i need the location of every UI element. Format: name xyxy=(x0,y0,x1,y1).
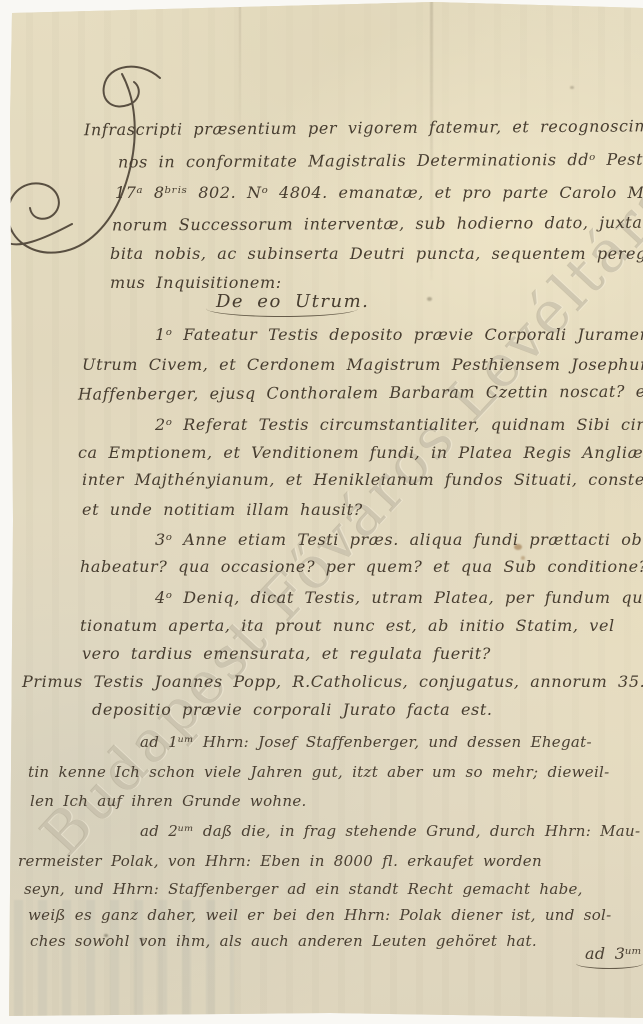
answer-line: weiß es ganz daher, weil er bei den Hhrn… xyxy=(28,906,612,924)
intro-line: bita nobis, ac subinserta Deutri puncta,… xyxy=(110,244,643,263)
question-line: et unde notitiam illam hausit? xyxy=(82,500,363,519)
witness-line: depositio prævie corporali Jurato facta … xyxy=(92,700,493,719)
witness-line: Primus Testis Joannes Popp, R.Catholicus… xyxy=(22,672,643,691)
intro-line: norum Successorum interventæ, sub hodier… xyxy=(112,212,643,234)
answer-line: seyn, und Hhrn: Staffenberger ad ein sta… xyxy=(24,880,583,898)
fold-crease xyxy=(430,0,433,280)
question-line: 3ᵒ Anne etiam Testi præs. aliqua fundi p… xyxy=(155,530,643,549)
catchword-underline xyxy=(576,958,643,969)
answer-line: len Ich auf ihren Grunde wohne. xyxy=(30,792,307,810)
question-line: inter Majthényianum, et Henikleianum fun… xyxy=(82,470,643,489)
question-line: 1ᵒ Fateatur Testis deposito prævie Corpo… xyxy=(155,325,643,344)
question-line: Utrum Civem, et Cerdonem Magistrum Pesth… xyxy=(82,355,643,374)
question-line: vero tardius emensurata, et regulata fue… xyxy=(82,644,491,663)
answer-line: tin kenne Ich schon viele Jahren gut, it… xyxy=(28,763,610,781)
question-line: 4ᵒ Deniq, dicat Testis, utram Platea, pe… xyxy=(155,588,643,607)
question-line: tionatum aperta, ita prout nunc est, ab … xyxy=(80,616,615,635)
intro-line: mus Inquisitionem: xyxy=(110,273,282,292)
intro-line: 17ᵃ 8ᵇʳⁱˢ 802. Nᵒ 4804. emanatæ, et pro … xyxy=(115,183,643,202)
manuscript-page: Budapest Főváros Levéltára Infrascripti … xyxy=(0,0,643,1024)
scanned-manuscript: { "manuscript": { "intro_lines": [ "Infr… xyxy=(0,0,643,1024)
question-line: habeatur? qua occasione? per quem? et qu… xyxy=(80,557,643,576)
answer-line: rermeister Polak, von Hhrn: Eben in 8000… xyxy=(18,852,542,870)
foxing-spot xyxy=(570,86,574,89)
answer-line: ad 1ᵘᵐ Hhrn: Josef Staffenberger, und de… xyxy=(140,733,592,751)
intro-line: Infrascripti præsentium per vigorem fate… xyxy=(84,116,643,140)
heading-underline xyxy=(206,300,358,317)
question-line: Haffenberger, ejusq Conthoralem Barbaram… xyxy=(78,381,643,403)
intro-line: nos in conformitate Magistralis Determin… xyxy=(118,150,643,172)
answer-line: ches sowohl von ihm, als auch anderen Le… xyxy=(30,932,537,950)
answer-line: ad 2ᵘᵐ daß die, in frag stehende Grund, … xyxy=(140,822,640,840)
foxing-spot xyxy=(427,297,432,301)
question-line: 2ᵒ Referat Testis circumstantialiter, qu… xyxy=(155,415,643,434)
question-line: ca Emptionem, et Venditionem fundi, in P… xyxy=(78,443,643,462)
